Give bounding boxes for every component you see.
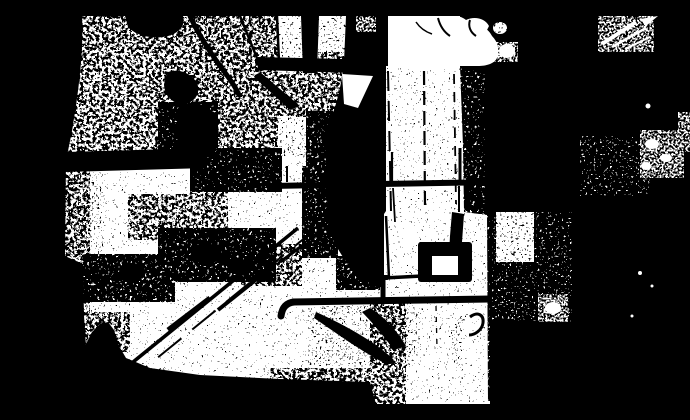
bottom-band-fringe (80, 312, 130, 352)
junction-box-opening (432, 256, 458, 275)
pipe-shadow-smear (308, 306, 420, 366)
top-right-streaks (598, 16, 658, 52)
pillar-side-glow (496, 212, 534, 262)
junction-box (418, 242, 472, 282)
right-darkness (456, 16, 690, 404)
top-grain (84, 16, 284, 46)
binarized-photo: High-contrast binarized photo: a pale br… (40, 16, 690, 404)
photo-canvas (40, 16, 690, 404)
